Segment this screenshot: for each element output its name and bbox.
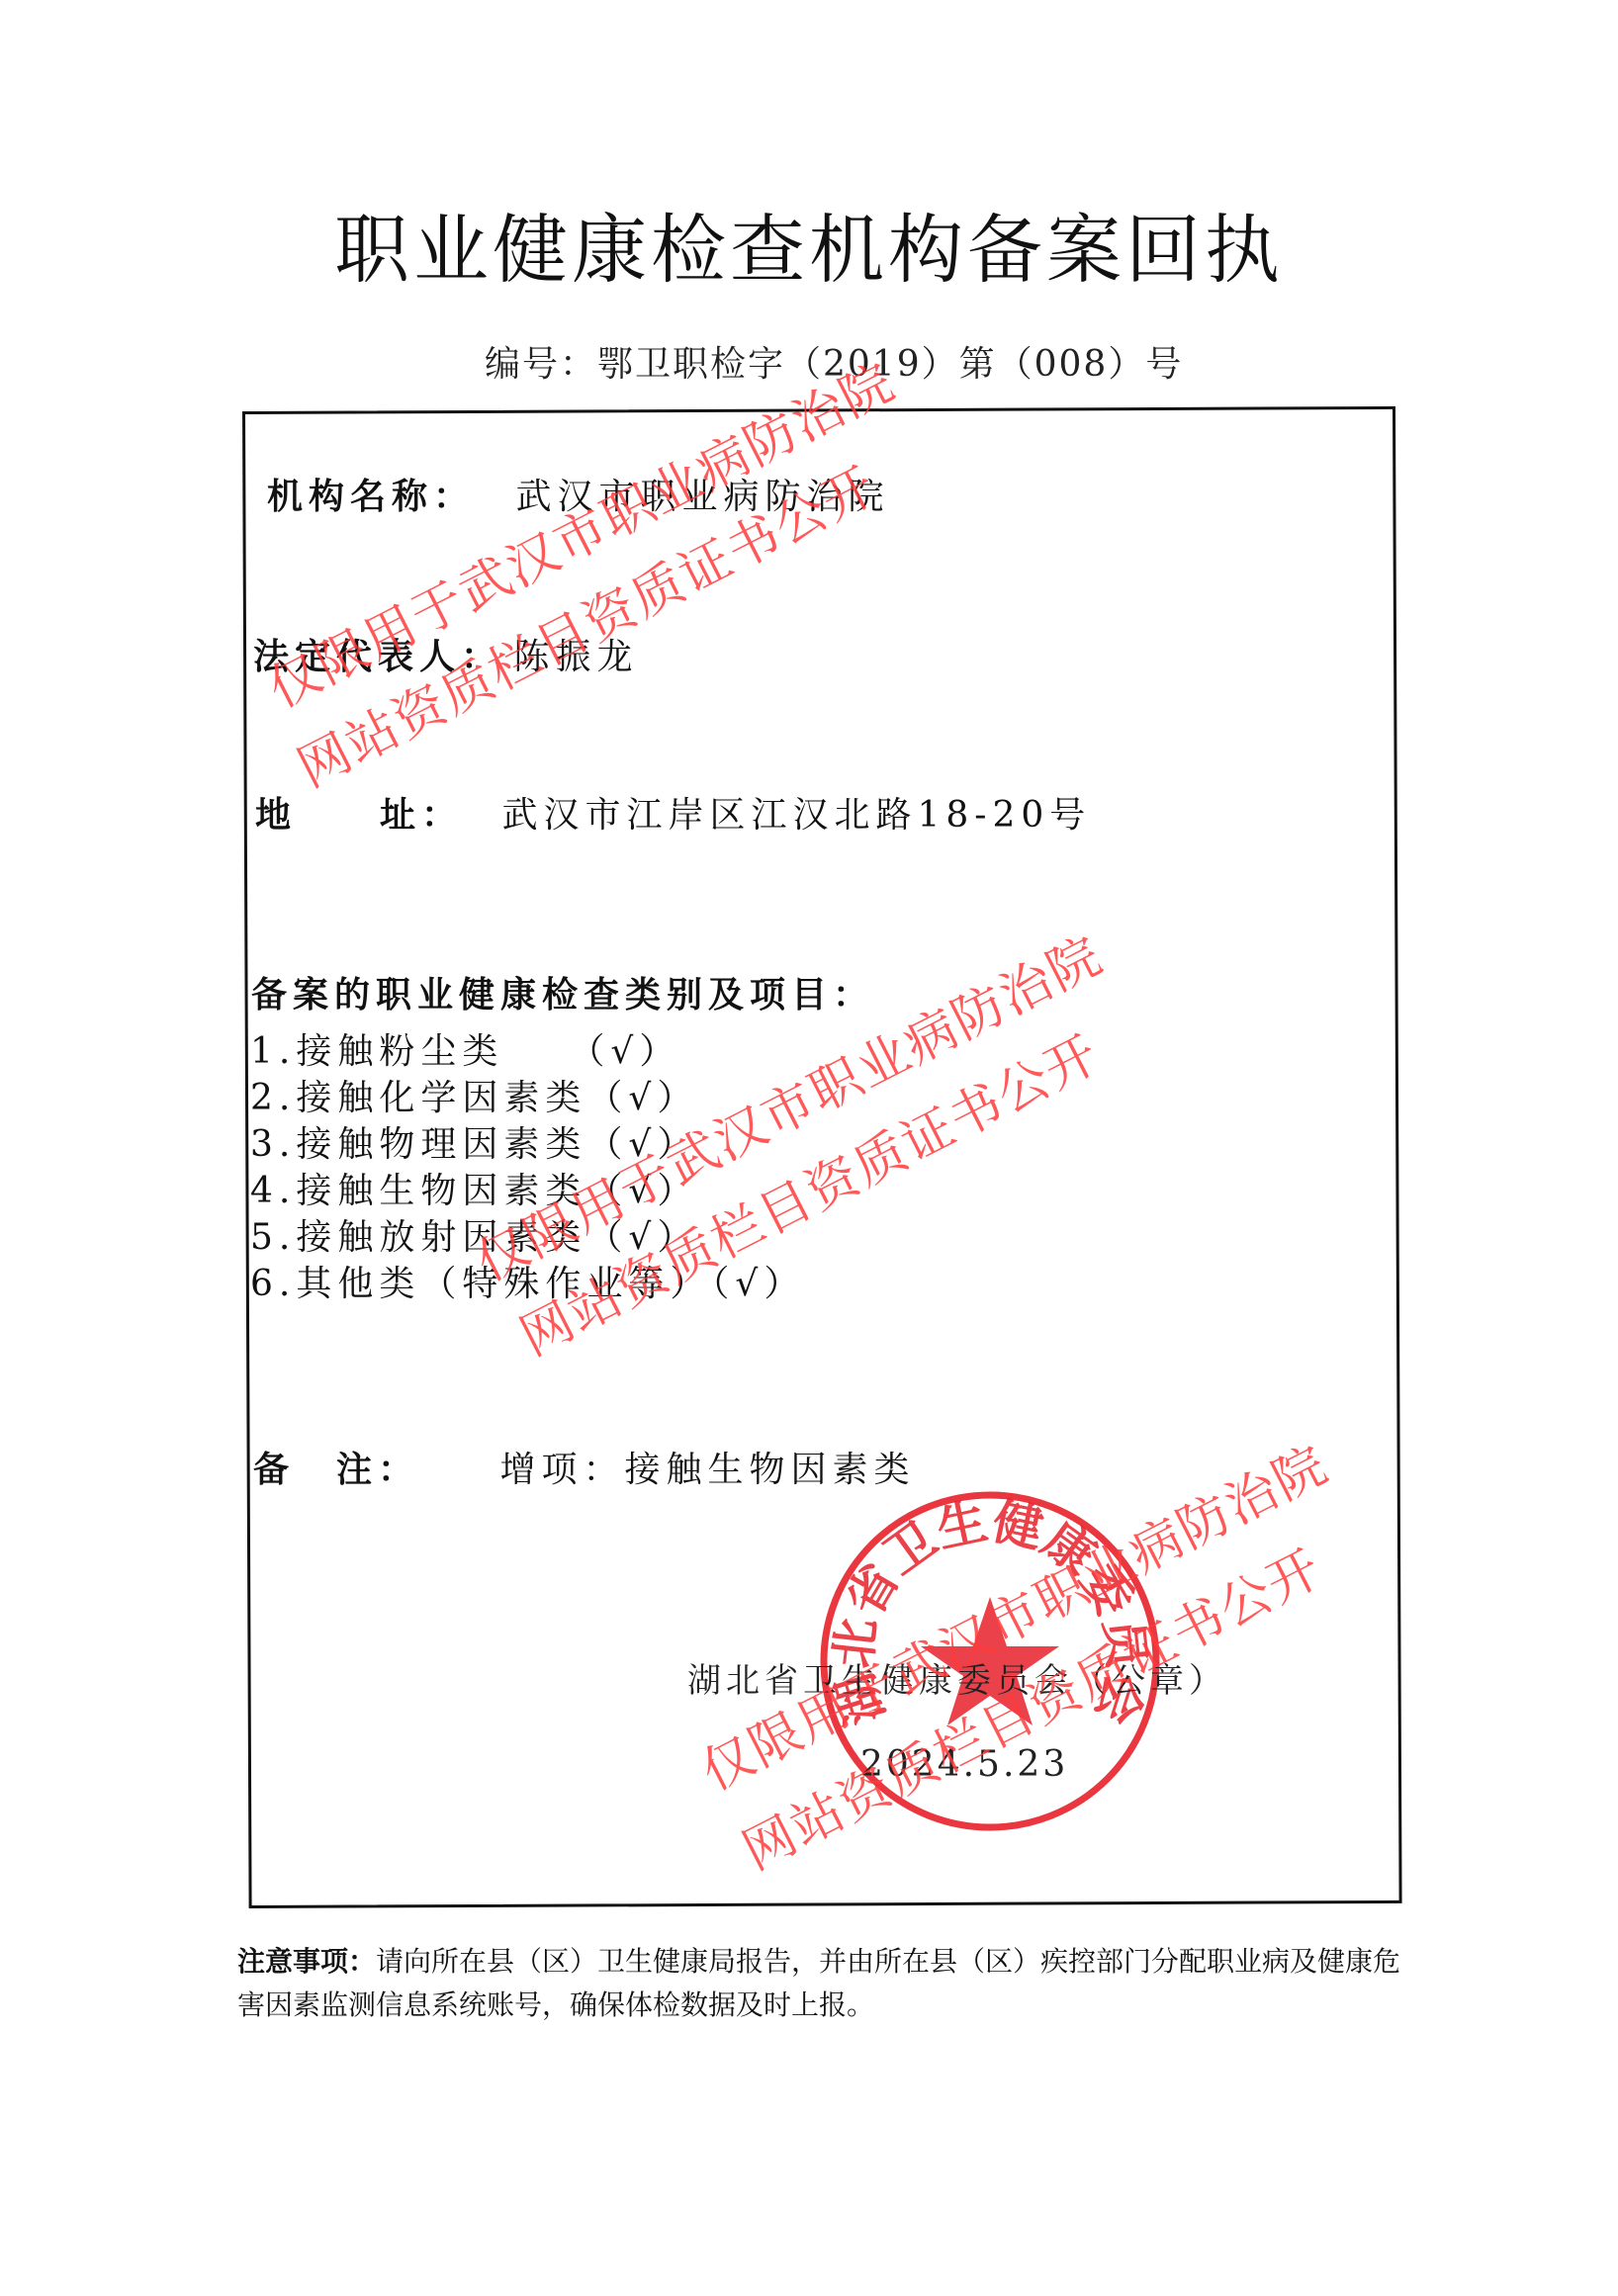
category-name: 接触化学因素类 <box>296 1078 586 1118</box>
issue-date: 2024.5.23 <box>860 1744 1068 1785</box>
institution-label: 机构名称： <box>267 477 475 517</box>
check-mark: （√） <box>711 1264 805 1304</box>
notes-text: 请向所在县（区）卫生健康局报告，并由所在县（区）疾控部门分配职业病及健康危害因素… <box>237 1945 1400 2021</box>
category-item: 2.接触化学因素类（√） <box>250 1075 805 1121</box>
category-name: 接触粉尘类 <box>296 1031 586 1072</box>
legal-rep-label: 法定代表人： <box>253 637 502 677</box>
categories-heading-row: 备案的职业健康检查类别及项目： <box>251 967 874 1017</box>
category-name: 其他类（特殊作业等） <box>296 1264 711 1304</box>
category-number: 2. <box>250 1078 296 1118</box>
category-item: 6.其他类（特殊作业等）（√） <box>250 1261 805 1307</box>
address-label: 地 址： <box>255 795 463 836</box>
issuer-name: 湖北省卫生健康委员会（公章） <box>687 1653 1227 1702</box>
category-number: 3. <box>250 1124 296 1165</box>
institution-value: 武汉市职业病防治院 <box>515 477 889 517</box>
remarks-value: 增项：接触生物因素类 <box>499 1450 915 1490</box>
notes-label: 注意事项： <box>237 1945 376 1978</box>
check-mark: （√） <box>586 1031 680 1072</box>
address-row: 地 址： 武汉市江岸区江汉北路18-20号 <box>255 787 1091 838</box>
check-mark: （√） <box>586 1171 698 1211</box>
document-number: 编号：鄂卫职检字（2019）第（008）号 <box>485 336 1183 387</box>
category-number: 5. <box>250 1217 296 1258</box>
check-mark: （√） <box>586 1124 698 1165</box>
category-name: 接触生物因素类 <box>296 1171 586 1211</box>
category-list: 1.接触粉尘类 （√） 2.接触化学因素类（√） 3.接触物理因素类（√） 4.… <box>250 1028 805 1307</box>
legal-rep-row: 法定代表人： 陈振龙 <box>253 629 638 679</box>
category-item: 1.接触粉尘类 （√） <box>250 1028 805 1075</box>
remarks-label: 备 注： <box>253 1450 419 1490</box>
category-name: 接触物理因素类 <box>296 1124 586 1165</box>
category-item: 3.接触物理因素类（√） <box>250 1121 805 1168</box>
categories-heading: 备案的职业健康检查类别及项目： <box>251 975 874 1016</box>
document-page: 职业健康检查机构备案回执 编号：鄂卫职检字（2019）第（008）号 机构名称：… <box>0 0 1618 2296</box>
category-number: 6. <box>250 1264 296 1304</box>
check-mark: （√） <box>586 1217 698 1258</box>
category-number: 1. <box>250 1031 296 1072</box>
category-item: 4.接触生物因素类（√） <box>250 1168 805 1214</box>
address-value: 武汉市江岸区江汉北路18-20号 <box>501 795 1091 836</box>
category-name: 接触放射因素类 <box>296 1217 586 1258</box>
category-item: 5.接触放射因素类（√） <box>250 1214 805 1261</box>
remarks-row: 备 注： 增项：接触生物因素类 <box>253 1442 915 1492</box>
institution-row: 机构名称： 武汉市职业病防治院 <box>267 469 889 519</box>
document-title: 职业健康检查机构备案回执 <box>0 190 1618 298</box>
category-number: 4. <box>250 1171 296 1211</box>
check-mark: （√） <box>586 1078 698 1118</box>
legal-rep-value: 陈振龙 <box>513 637 638 677</box>
notes-section: 注意事项：请向所在县（区）卫生健康局报告，并由所在县（区）疾控部门分配职业病及健… <box>237 1940 1404 2027</box>
